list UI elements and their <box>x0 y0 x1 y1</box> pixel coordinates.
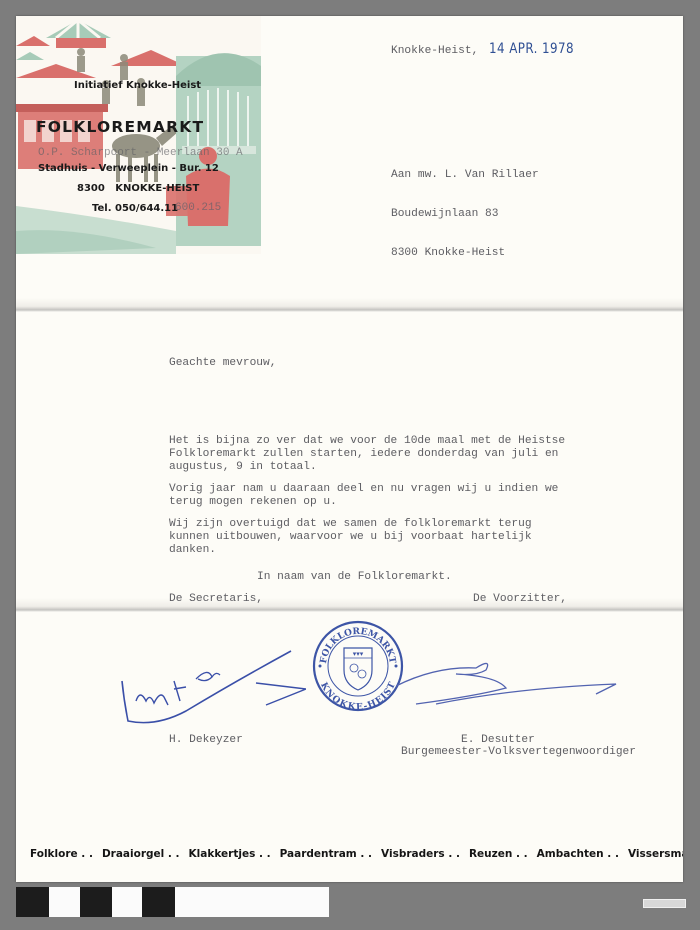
recipient-address: Aan mw. L. Van Rillaer Boudewijnlaan 83 … <box>391 143 539 286</box>
body-paragraph-3: Wij zijn overtuigd dat we samen de folkl… <box>169 518 532 557</box>
chairman-label: De Voorzitter, <box>473 593 567 606</box>
footer-item: Draaiorgel . . <box>102 848 180 860</box>
secretary-label: De Secretaris, <box>169 593 263 606</box>
footer-item: Visbraders . . <box>381 848 460 860</box>
recipient-line-3: 8300 Knokke-Heist <box>391 247 539 260</box>
calibration-block-black <box>16 887 49 917</box>
recipient-line-2: Boudewijnlaan 83 <box>391 208 539 221</box>
archive-label <box>643 899 686 908</box>
closing-line: In naam van de Folkloremarkt. <box>257 571 452 584</box>
secretary-name: H. Dekeyzer <box>169 734 243 747</box>
recipient-line-1: Aan mw. L. Van Rillaer <box>391 169 539 182</box>
letterhead-city: 8300 KNOKKE-HEIST <box>77 183 199 194</box>
calibration-block-black <box>80 887 112 917</box>
body-paragraph-1: Het is bijna zo ver dat we voor de 10de … <box>169 435 565 474</box>
signature-desutter-icon <box>396 646 626 706</box>
calibration-block-white <box>112 887 142 917</box>
calibration-block-white <box>49 887 80 917</box>
letterhead-title: FOLKLOREMARKT <box>36 118 204 136</box>
footer-item: Ambachten . . <box>537 848 619 860</box>
body-paragraph-2: Vorig jaar nam u daaraan deel en nu vrag… <box>169 483 558 509</box>
salutation: Geachte mevrouw, <box>169 357 276 370</box>
svg-text:▾▾▾: ▾▾▾ <box>353 650 364 658</box>
footer-item: Folklore . . <box>30 848 93 860</box>
folkloremarkt-seal-icon: FOLKLOREMARKT KNOKKE-HEIST ▾▾▾ <box>312 620 404 712</box>
fold-crease <box>16 598 683 612</box>
letterhead-illustration: Initiatief Knokke-Heist FOLKLOREMARKT O.… <box>16 16 261 254</box>
letterhead-initiatief: Initiatief Knokke-Heist <box>74 80 201 91</box>
chairman-title: Burgemeester-Volksvertegenwoordiger <box>401 746 636 759</box>
signature-dekeyzer-icon <box>116 631 306 731</box>
letter-page: Initiatief Knokke-Heist FOLKLOREMARKT O.… <box>16 16 683 882</box>
footer-item: Vissersmaaltijd <box>628 848 683 860</box>
letterhead-tel: Tel. 050/644.11 <box>92 203 178 214</box>
letterhead-typed-tel: 600.215 <box>175 202 221 214</box>
calibration-block-black <box>142 887 175 917</box>
footer-item: Klakkertjes . . <box>189 848 271 860</box>
letterhead-address: Stadhuis - Verweeplein - Bur. 12 <box>38 163 219 174</box>
footer-item: Paardentram . . <box>280 848 372 860</box>
letterhead-typed-address: O.P. Scharpoort - Meerlaan 30 A <box>38 147 243 159</box>
calibration-block-white <box>175 887 329 917</box>
letterhead-footer: Folklore . . Draaiorgel . . Klakkertjes … <box>30 848 683 860</box>
date-stamp: 14 APR. 1978 <box>489 41 574 57</box>
footer-item: Reuzen . . <box>469 848 528 860</box>
date-place: Knokke-Heist, <box>391 45 478 58</box>
fold-crease <box>16 298 683 312</box>
